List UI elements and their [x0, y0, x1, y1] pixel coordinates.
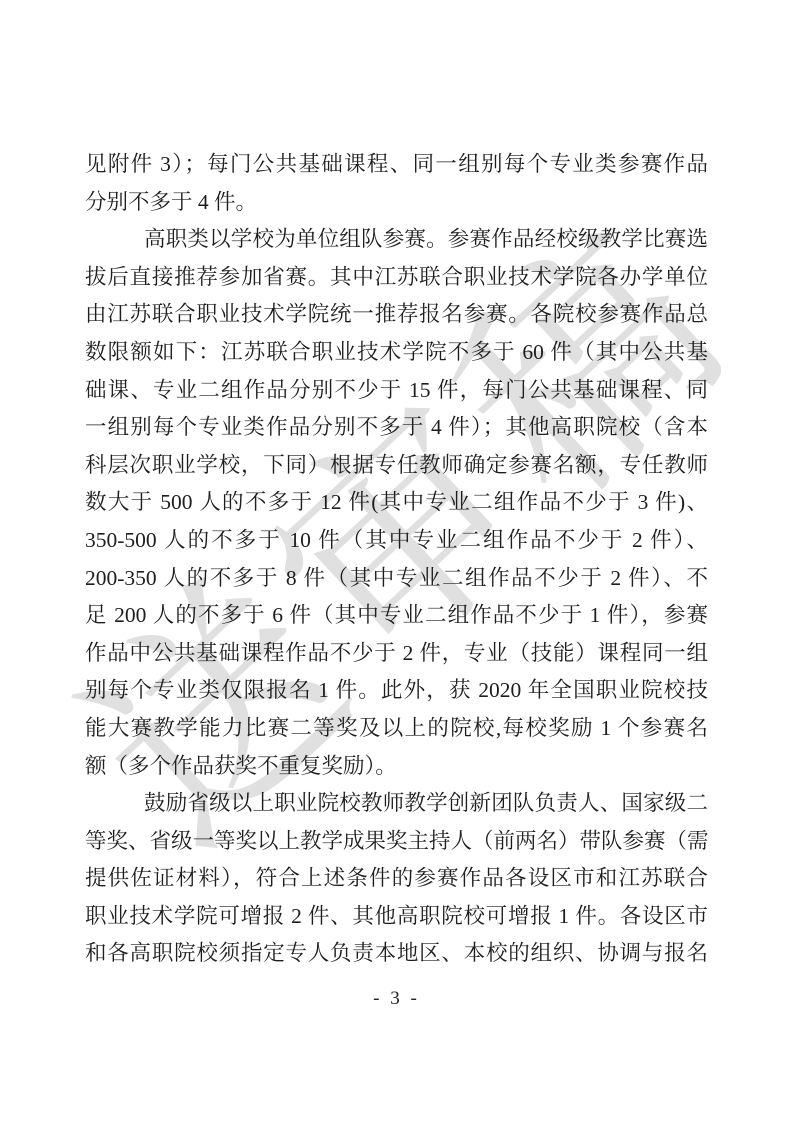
text-line: 拔后直接推荐参加省赛。其中江苏联合职业技术学院各办学单位 — [85, 259, 708, 297]
text-line: 职业技术学院可增报 2 件、其他高职院校可增报 1 件。各设区市 — [85, 898, 708, 936]
document-body: 见附件 3）；每门公共基础课程、同一组别每个专业类参赛作品分别不多于 4 件。高… — [85, 146, 708, 973]
text-line: 见附件 3）；每门公共基础课程、同一组别每个专业类参赛作品 — [85, 146, 708, 184]
text-line: 一组别每个专业类作品分别不多于 4 件）；其他高职院校（含本 — [85, 409, 708, 447]
text-line: 别每个专业类仅限报名 1 件。此外，获 2020 年全国职业院校技 — [85, 672, 708, 710]
text-line: 鼓励省级以上职业院校教师教学创新团队负责人、国家级二 — [85, 785, 708, 823]
text-line: 足 200 人的不多于 6 件（其中专业二组作品不少于 1 件），参赛 — [85, 597, 708, 635]
text-line: 提供佐证材料），符合上述条件的参赛作品各设区市和江苏联合 — [85, 860, 708, 898]
text-line: 能大赛教学能力比赛二等奖及以上的院校,每校奖励 1 个参赛名 — [85, 710, 708, 748]
text-line: 分别不多于 4 件。 — [85, 184, 708, 222]
text-line: 额（多个作品获奖不重复奖励）。 — [85, 748, 708, 786]
text-line: 数大于 500 人的不多于 12 件(其中专业二组作品不少于 3 件)、 — [85, 484, 708, 522]
text-line: 由江苏联合职业技术学院统一推荐报名参赛。各院校参赛作品总 — [85, 296, 708, 334]
text-line: 数限额如下：江苏联合职业技术学院不多于 60 件（其中公共基 — [85, 334, 708, 372]
document-page: 送审稿 见附件 3）；每门公共基础课程、同一组别每个专业类参赛作品分别不多于 4… — [0, 0, 793, 1122]
text-line: 作品中公共基础课程作品不少于 2 件，专业（技能）课程同一组 — [85, 635, 708, 673]
text-line: 高职类以学校为单位组队参赛。参赛作品经校级教学比赛选 — [85, 221, 708, 259]
text-line: 和各高职院校须指定专人负责本地区、本校的组织、协调与报名 — [85, 935, 708, 973]
text-line: 200-350 人的不多于 8 件（其中专业二组作品不少于 2 件）、不 — [85, 560, 708, 598]
text-line: 350-500 人的不多于 10 件（其中专业二组作品不少于 2 件）、 — [85, 522, 708, 560]
text-line: 础课、专业二组作品分别不少于 15 件，每门公共基础课程、同 — [85, 372, 708, 410]
text-line: 等奖、省级一等奖以上教学成果奖主持人（前两名）带队参赛（需 — [85, 823, 708, 861]
page-number: - 3 - — [0, 988, 793, 1010]
text-line: 科层次职业学校，下同）根据专任教师确定参赛名额，专任教师 — [85, 447, 708, 485]
